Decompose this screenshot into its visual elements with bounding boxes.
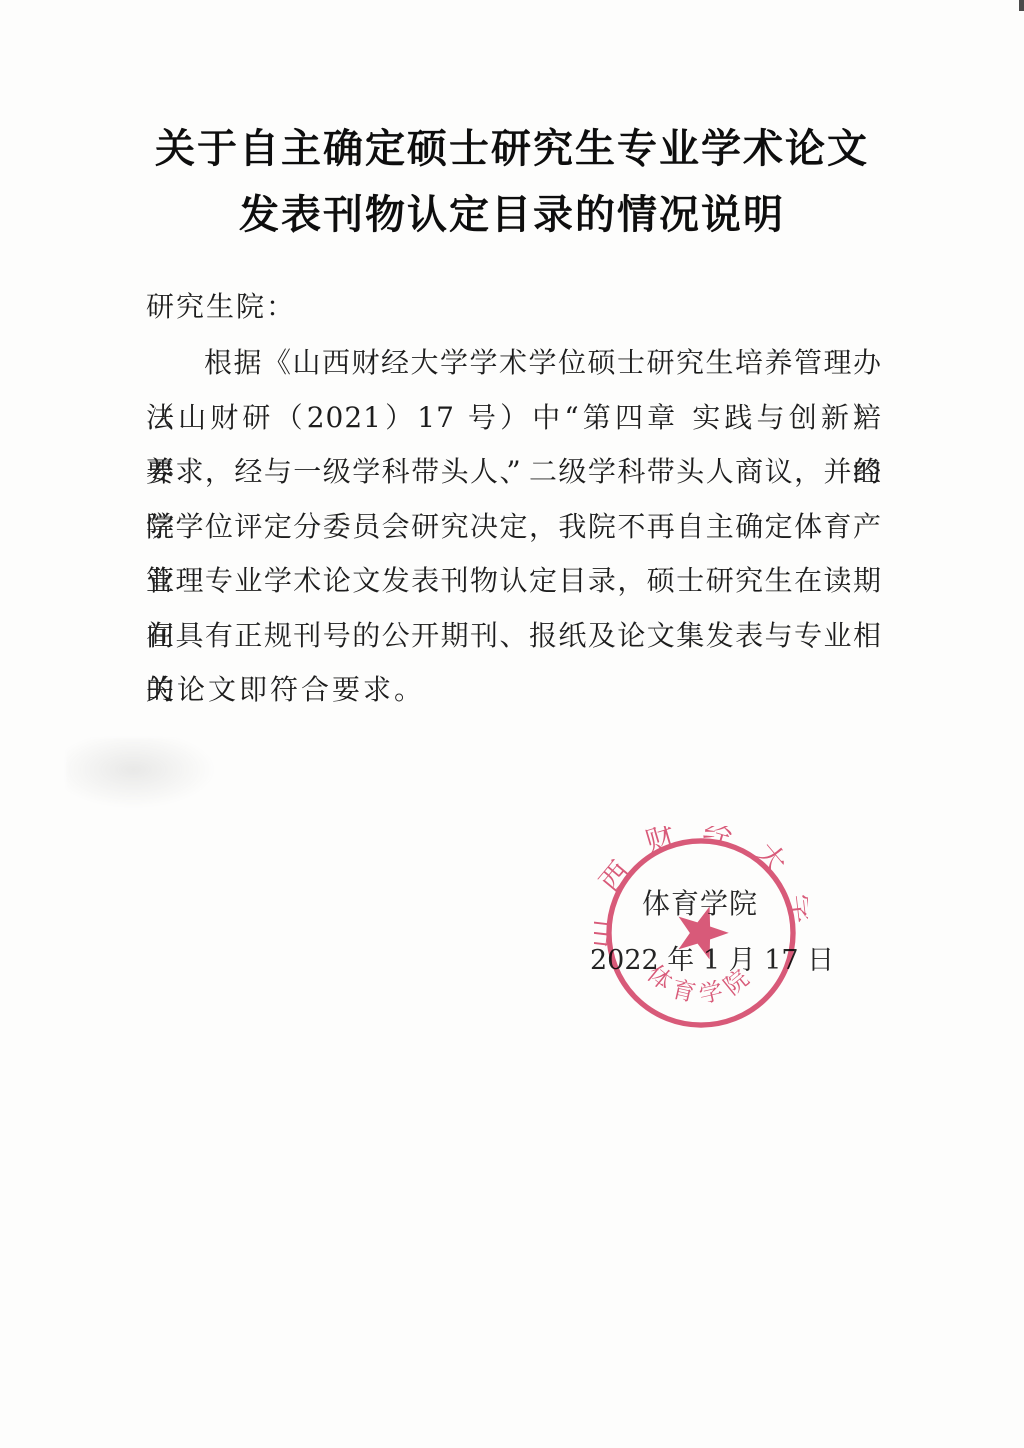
seal-star-icon [669, 898, 735, 962]
seal-bottom-arc-text: 体育学院 [642, 959, 760, 1009]
body-line: 的论文即符合要求。 [146, 663, 882, 718]
body-line: 院学位评定分委员会研究决定，我院不再自主确定体育产业 [146, 500, 882, 555]
body-paragraph: 根据《山西财经大学学术学位硕士研究生培养管理办法》 （山财研（2021）17 号… [146, 336, 882, 718]
official-seal: 山西财经大学 体育学院 [594, 826, 808, 1040]
body-line: 在具有正规刊号的公开期刊、报纸及论文集发表与专业相关 [146, 609, 882, 664]
body-line: 要求，经与一级学科带头人、二级学科带头人商议，并经学 [146, 445, 882, 500]
salutation: 研究生院： [146, 290, 296, 324]
document-title-line-2: 发表刊物认定目录的情况说明 [0, 182, 1024, 248]
scan-smudge [66, 738, 216, 808]
document-title: 关于自主确定硕士研究生专业学术论文 发表刊物认定目录的情况说明 [0, 116, 1024, 248]
scanned-document-page: 关于自主确定硕士研究生专业学术论文 发表刊物认定目录的情况说明 研究生院： 根据… [0, 0, 1024, 1448]
body-line: （山财研（2021）17 号）中“第四章 实践与创新培养”的 [146, 391, 882, 446]
body-line: 管理专业学术论文发表刊物认定目录，硕士研究生在读期间 [146, 554, 882, 609]
seal-college-name: 体育学院 [642, 959, 760, 1009]
scan-corner-speck [1019, 0, 1024, 11]
body-line: 根据《山西财经大学学术学位硕士研究生培养管理办法》 [146, 336, 882, 391]
document-title-line-1: 关于自主确定硕士研究生专业学术论文 [0, 116, 1024, 182]
